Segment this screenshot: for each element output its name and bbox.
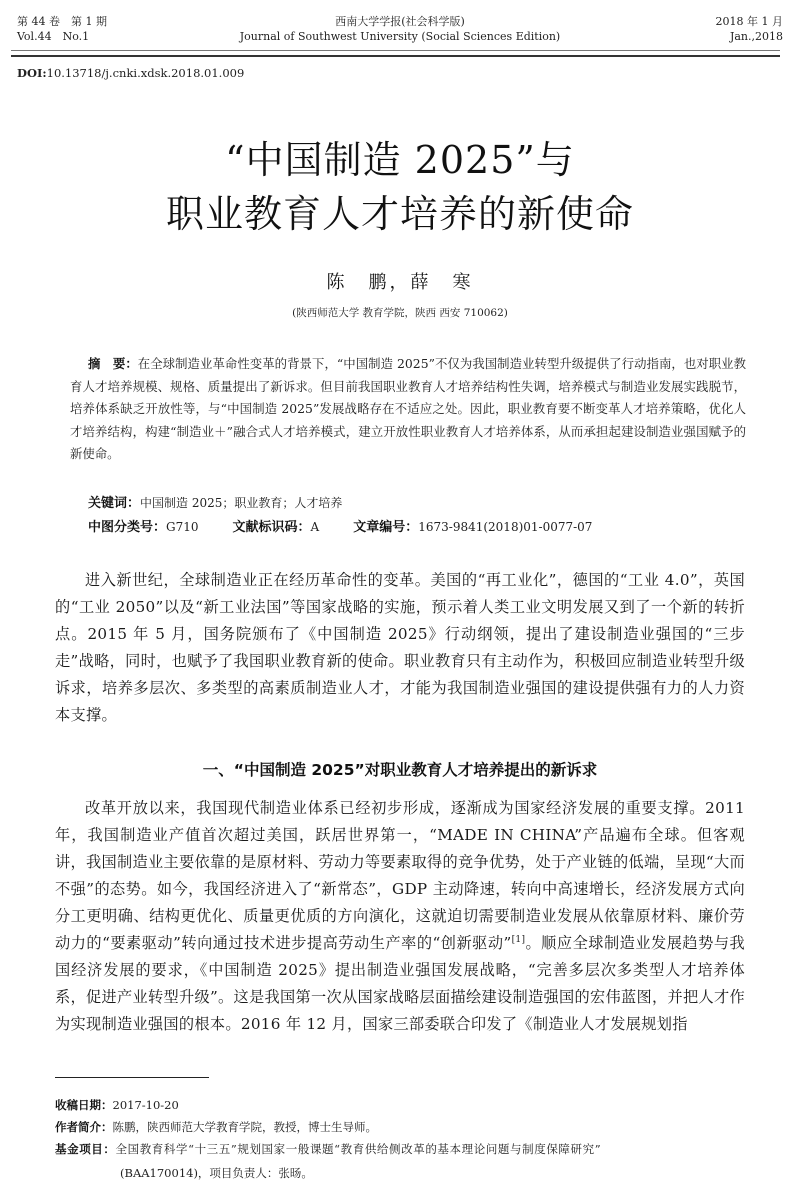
section1-paragraph: 改革开放以来，我国现代制造业体系已经初步形成，逐渐成为国家经济发展的重要支撑。2… — [55, 795, 745, 1038]
paper-title-line2: 职业教育人才培养的新使命 — [0, 188, 800, 240]
header-rule-thin — [11, 50, 780, 51]
publication-date-cn: 2018 年 1 月 — [716, 14, 783, 29]
journal-name: 西南大学学报(社会科学版) Journal of Southwest Unive… — [200, 14, 600, 44]
doi-label: DOI: — [17, 66, 47, 80]
keywords-value: 中国制造 2025；职业教育；人才培养 — [140, 496, 342, 510]
abstract-label: 摘 要： — [88, 356, 138, 371]
classification-line: 中图分类号：G710文献标识码：A文章编号：1673-9841(2018)01-… — [88, 516, 592, 535]
abstract-text: 在全球制造业革命性变革的背景下，“中国制造 2025”不仅为我国制造业转型升级提… — [70, 356, 746, 461]
paper-title-line1: “中国制造 2025”与 — [0, 134, 800, 186]
clc-label: 中图分类号： — [88, 520, 166, 535]
section-heading-1: 一、“中国制造 2025”对职业教育人才培养提出的新诉求 — [0, 758, 800, 780]
journal-name-en: Journal of Southwest University (Social … — [200, 29, 600, 44]
clc-value: G710 — [166, 520, 199, 534]
fund-label: 基金项目： — [55, 1142, 116, 1156]
intro-paragraph: 进入新世纪，全球制造业正在经历革命性的变革。美国的“再工业化”，德国的“工业 4… — [55, 567, 745, 729]
footnote-fund-cont: (BAA170014)，项目负责人：张旸。 — [120, 1162, 800, 1184]
abstract: 摘 要：在全球制造业革命性变革的背景下，“中国制造 2025”不仅为我国制造业转… — [70, 353, 746, 466]
section1-text-a: 改革开放以来，我国现代制造业体系已经初步形成，逐渐成为国家经济发展的重要支撑。2… — [55, 799, 745, 952]
journal-volume-issue: 第 44 卷 第 1 期 Vol.44 No.1 — [17, 14, 107, 44]
journal-name-cn: 西南大学学报(社会科学版) — [200, 14, 600, 29]
footnote-author: 作者简介：陈鹏，陕西师范大学教育学院，教授，博士生导师。 — [55, 1116, 755, 1138]
author-bio-value: 陈鹏，陕西师范大学教育学院，教授，博士生导师。 — [113, 1120, 378, 1134]
volume-issue-cn: 第 44 卷 第 1 期 — [17, 14, 107, 29]
author-bio-label: 作者简介： — [55, 1120, 113, 1134]
keywords: 关键词：中国制造 2025；职业教育；人才培养 — [88, 492, 342, 511]
doc-code-value: A — [311, 520, 320, 534]
publication-date-en: Jan.,2018 — [716, 29, 783, 44]
footnote-received: 收稿日期：2017-10-20 — [55, 1094, 755, 1116]
fund-value: 全国教育科学“十三五”规划国家一般课题“教育供给侧改革的基本理论问题与制度保障研… — [116, 1142, 602, 1156]
affiliation: (陕西师范大学 教育学院，陕西 西安 710062) — [0, 305, 800, 320]
received-label: 收稿日期： — [55, 1098, 113, 1112]
doc-code-label: 文献标识码： — [233, 520, 311, 535]
received-value: 2017-10-20 — [113, 1098, 179, 1112]
article-number-value: 1673-9841(2018)01-0077-07 — [418, 520, 592, 534]
keywords-label: 关键词： — [88, 496, 140, 511]
footnote-rule — [55, 1077, 209, 1078]
doi-value[interactable]: 10.13718/j.cnki.xdsk.2018.01.009 — [47, 66, 245, 80]
authors: 陈 鹏，薛 寒 — [0, 268, 800, 294]
volume-issue-en: Vol.44 No.1 — [17, 29, 107, 44]
footnote-fund: 基金项目：全国教育科学“十三五”规划国家一般课题“教育供给侧改革的基本理论问题与… — [55, 1138, 755, 1160]
publication-date: 2018 年 1 月 Jan.,2018 — [716, 14, 783, 44]
header-rule-thick — [11, 55, 780, 57]
doi: DOI:10.13718/j.cnki.xdsk.2018.01.009 — [17, 66, 244, 80]
article-number-label: 文章编号： — [353, 520, 418, 535]
citation-ref-1[interactable]: [1] — [512, 935, 526, 945]
